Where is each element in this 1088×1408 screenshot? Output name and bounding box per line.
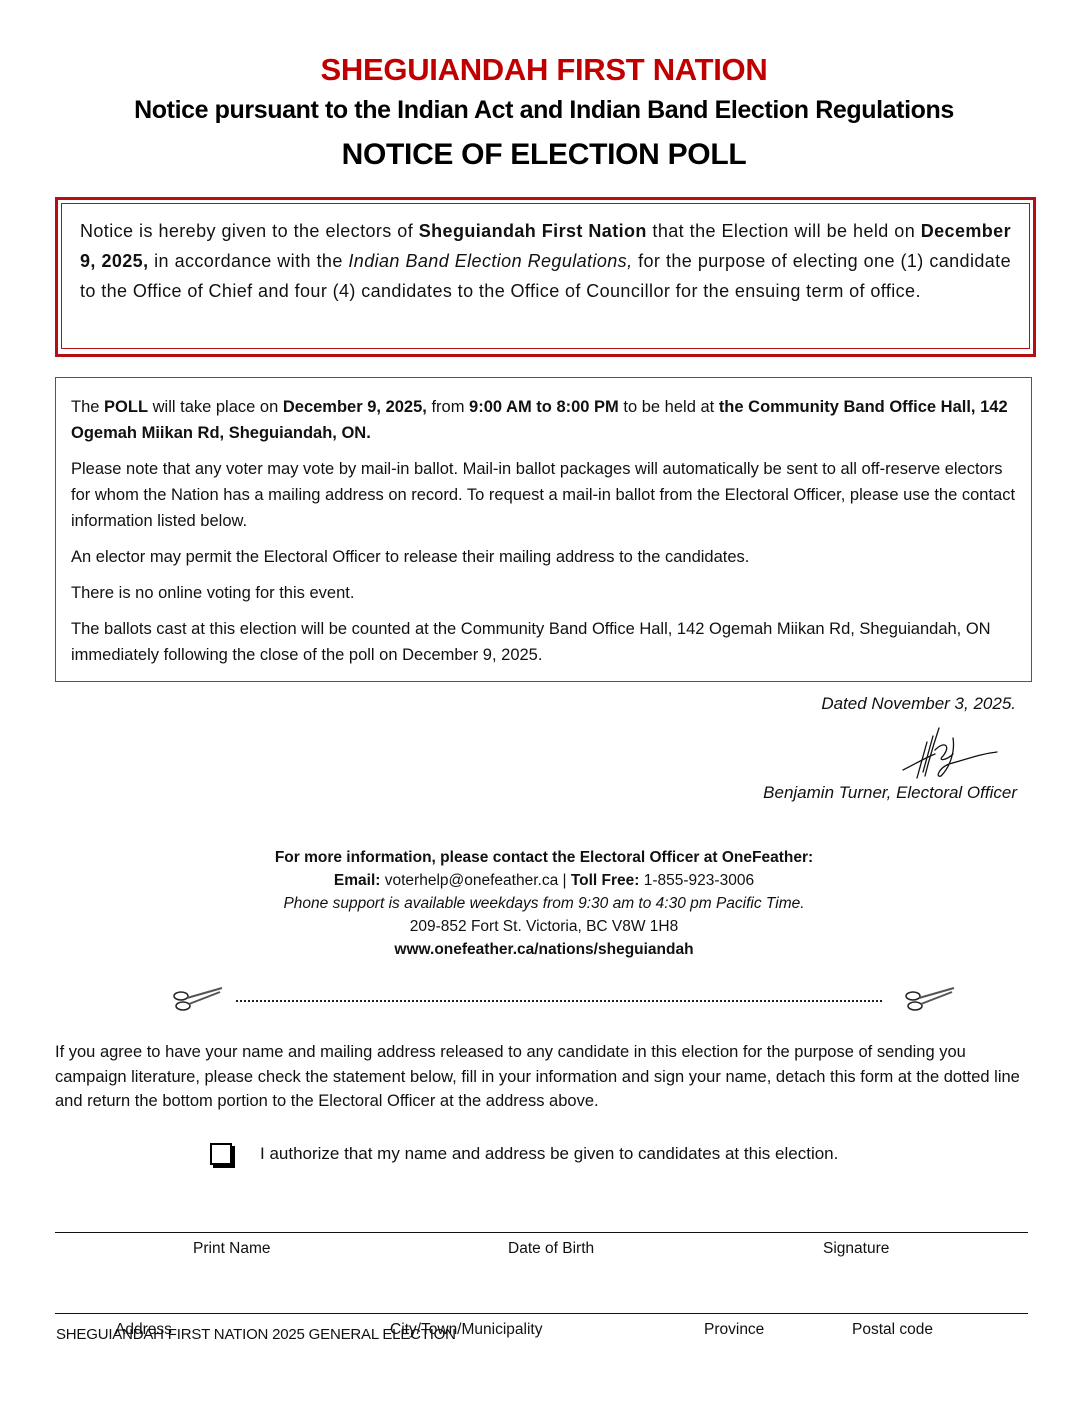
- notice-subtitle: Notice pursuant to the Indian Act and In…: [0, 96, 1088, 125]
- poll-hours: 9:00 AM to 8:00 PM: [469, 398, 619, 416]
- contact-email-phone: Email: voterhelp@onefeather.ca | Toll Fr…: [0, 869, 1088, 892]
- postal-code-label: Postal code: [852, 1321, 933, 1339]
- poll-text: from: [427, 398, 469, 416]
- authorization-statement: I authorize that my name and address be …: [210, 1143, 838, 1165]
- dated-line: Dated November 3, 2025.: [821, 694, 1016, 714]
- dotted-line: [236, 1000, 882, 1002]
- ballot-count-info: The ballots cast at this election will b…: [71, 616, 1016, 668]
- contact-info: For more information, please contact the…: [0, 846, 1088, 961]
- signature-icon: [895, 720, 1005, 780]
- poll-details-box: The POLL will take place on December 9, …: [55, 377, 1032, 682]
- document-footer: SHEGUIANDAH FIRST NATION 2025 GENERAL EL…: [56, 1326, 456, 1343]
- mail-in-ballot-info: Please note that any voter may vote by m…: [71, 456, 1016, 534]
- poll-date: December 9, 2025,: [283, 398, 427, 416]
- regulations-name: Indian Band Election Regulations,: [348, 251, 632, 271]
- organization-title: SHEGUIANDAH FIRST NATION: [0, 52, 1088, 88]
- email-label: Email:: [334, 872, 381, 889]
- poll-keyword: POLL: [104, 398, 148, 416]
- mailing-address: 209-852 Fort St. Victoria, BC V8W 1H8: [0, 915, 1088, 938]
- website-link[interactable]: www.onefeather.ca/nations/sheguiandah: [0, 938, 1088, 961]
- address-release-info: An elector may permit the Electoral Offi…: [71, 544, 1016, 570]
- election-notice-box: Notice is hereby given to the electors o…: [55, 197, 1036, 357]
- email-link[interactable]: voterhelp@onefeather.ca: [385, 872, 558, 889]
- notice-text: that the Election will be held on: [647, 221, 921, 241]
- page-title: NOTICE OF ELECTION POLL: [0, 138, 1088, 172]
- authorization-checkbox[interactable]: [210, 1143, 232, 1165]
- print-name-label: Print Name: [193, 1240, 271, 1258]
- contact-heading: For more information, please contact the…: [0, 846, 1088, 869]
- date-of-birth-label: Date of Birth: [508, 1240, 594, 1258]
- form-line-2[interactable]: [55, 1313, 1028, 1314]
- phone-label: Toll Free:: [571, 872, 640, 889]
- phone-number: 1-855-923-3006: [644, 872, 754, 889]
- poll-text: to be held at: [619, 398, 719, 416]
- scissors-icon: [902, 984, 958, 1014]
- online-voting-info: There is no online voting for this event…: [71, 580, 1016, 606]
- support-hours: Phone support is available weekdays from…: [0, 892, 1088, 915]
- notice-text: in accordance with the: [149, 251, 349, 271]
- scissors-icon: [170, 984, 226, 1014]
- province-label: Province: [704, 1321, 764, 1339]
- electoral-officer-name: Benjamin Turner, Electoral Officer: [763, 783, 1017, 803]
- separator: |: [558, 872, 571, 889]
- election-notice-text: Notice is hereby given to the electors o…: [61, 203, 1030, 349]
- detach-line: [170, 980, 970, 1020]
- signature-label: Signature: [823, 1240, 889, 1258]
- form-line-1[interactable]: [55, 1232, 1028, 1233]
- poll-text: will take place on: [148, 398, 283, 416]
- notice-text: Notice is hereby given to the electors o…: [80, 221, 419, 241]
- poll-text: The: [71, 398, 104, 416]
- consent-instructions: If you agree to have your name and maili…: [55, 1040, 1035, 1114]
- poll-time-location: The POLL will take place on December 9, …: [71, 394, 1016, 446]
- nation-name: Sheguiandah First Nation: [419, 221, 647, 241]
- authorization-label: I authorize that my name and address be …: [260, 1144, 838, 1164]
